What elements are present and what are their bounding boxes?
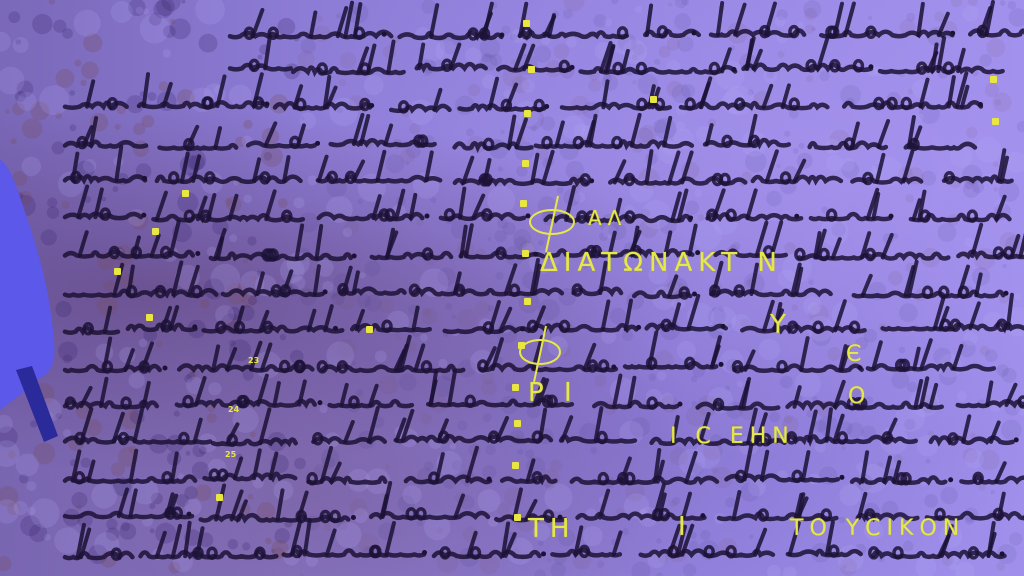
line-number: 25 bbox=[225, 450, 236, 459]
greek-letter-o: Ο bbox=[848, 384, 871, 409]
line-marker-dot bbox=[512, 384, 519, 391]
line-number: 23 bbox=[248, 356, 259, 365]
greek-line-th: ΤΗ bbox=[528, 514, 575, 544]
greek-line-diatonakt: ΔΙΑΤΩΝΑΚΤ Ν bbox=[540, 248, 783, 278]
greek-line-ifhn: Ι Ϲ ΕΗΝ bbox=[670, 424, 795, 449]
line-marker-dot bbox=[650, 96, 657, 103]
line-marker-dot bbox=[366, 326, 373, 333]
line-marker-dot bbox=[216, 494, 223, 501]
line-marker-dot bbox=[520, 200, 527, 207]
greek-line-rho: Ρ Ι bbox=[528, 378, 578, 408]
greek-letter-i: Ι bbox=[678, 512, 692, 542]
line-marker-dot bbox=[514, 514, 521, 521]
manuscript-image: ΔΙΑΤΩΝΑΚΤ Ν Υ Є Ρ Ι Ο Ι Ϲ ΕΗΝ ΤΗ Ι ΤΟ ΥϹ… bbox=[0, 0, 1024, 576]
line-marker-dot bbox=[523, 20, 530, 27]
greek-letter-e: Є bbox=[846, 342, 867, 367]
line-marker-dot bbox=[524, 110, 531, 117]
greek-line-tousikon: ΤΟ ΥϹΙΚΟΝ bbox=[790, 516, 965, 541]
line-marker-dot bbox=[512, 462, 519, 469]
line-marker-dot bbox=[522, 250, 529, 257]
line-marker-dot bbox=[992, 118, 999, 125]
line-marker-dot bbox=[182, 190, 189, 197]
line-marker-dot bbox=[518, 342, 525, 349]
line-marker-dot bbox=[522, 160, 529, 167]
line-marker-dot bbox=[152, 228, 159, 235]
line-marker-dot bbox=[528, 66, 535, 73]
line-marker-dot bbox=[146, 314, 153, 321]
line-marker-dot bbox=[990, 76, 997, 83]
line-marker-dot bbox=[524, 298, 531, 305]
greek-letters-aa: ΑΛ bbox=[588, 206, 627, 230]
greek-letter-y: Υ bbox=[770, 310, 792, 340]
line-marker-dot bbox=[114, 268, 121, 275]
greek-undertext-tracing bbox=[0, 0, 1024, 576]
line-number: 24 bbox=[228, 405, 239, 414]
line-marker-dot bbox=[514, 420, 521, 427]
